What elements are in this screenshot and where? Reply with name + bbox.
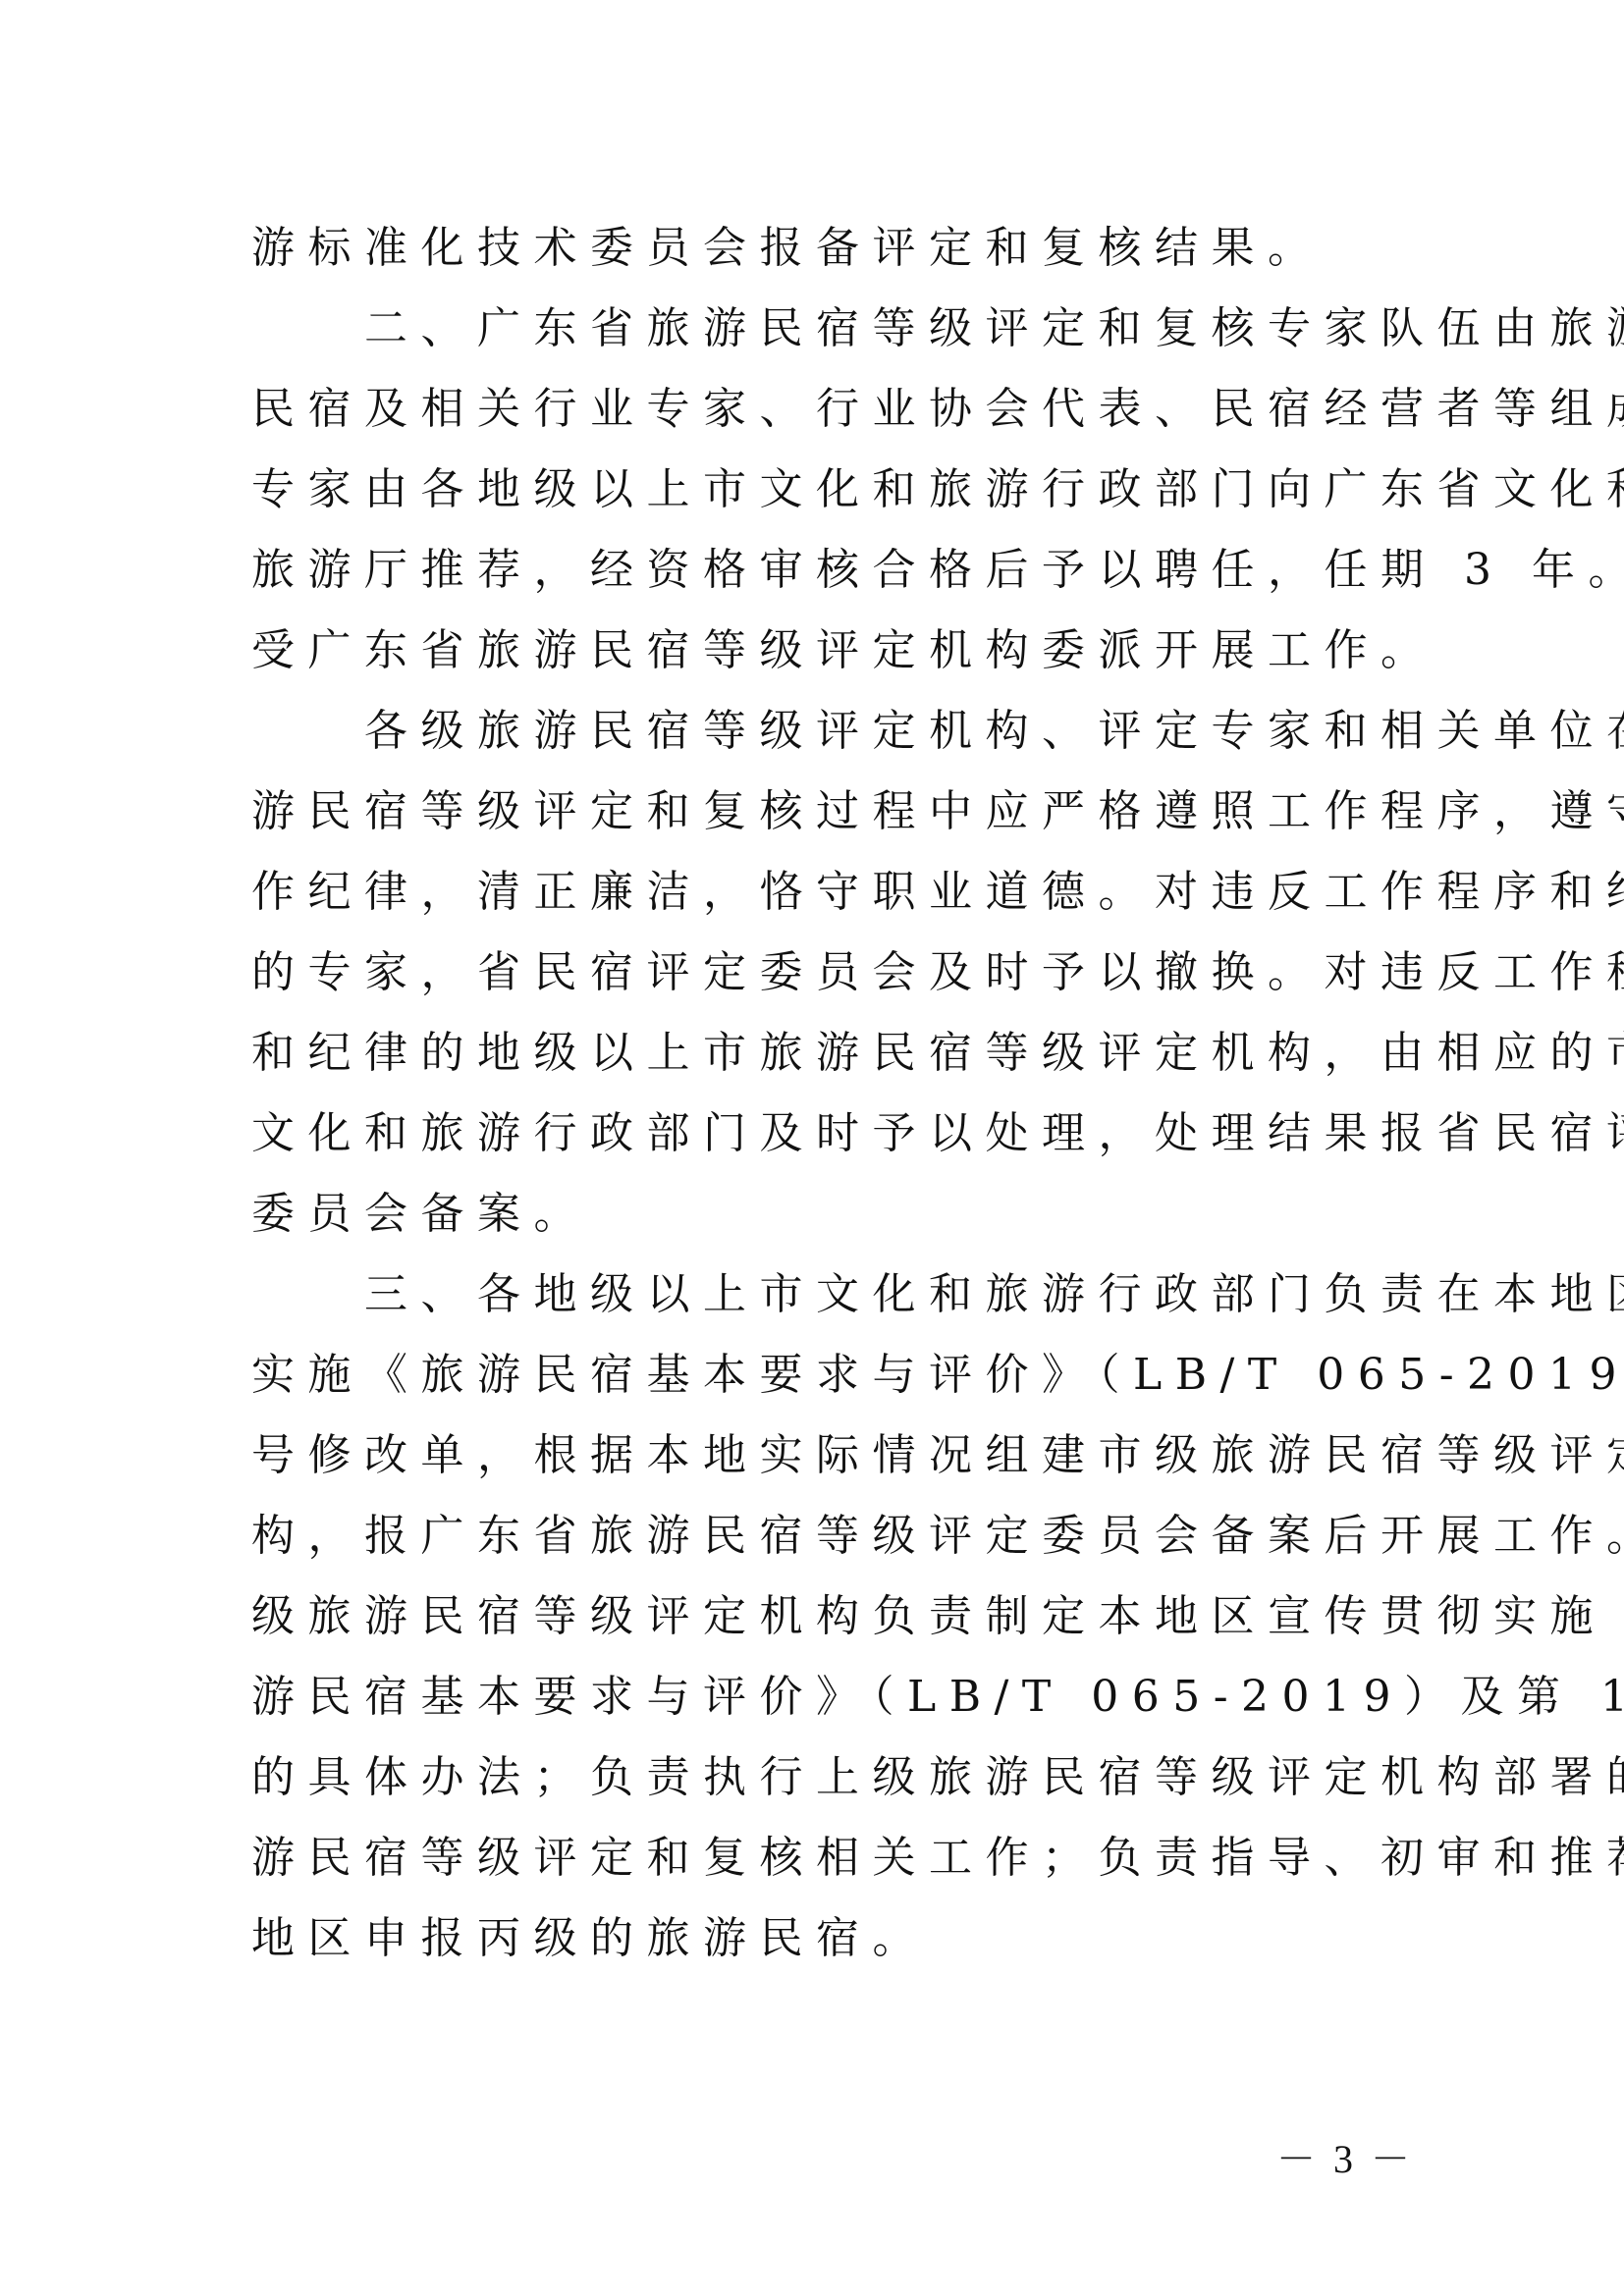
text-line: 二、广东省旅游民宿等级评定和复核专家队伍由旅游 [251, 289, 1390, 369]
page-number: － 3 － [1276, 2130, 1414, 2189]
text-line: 文化和旅游行政部门及时予以处理，处理结果报省民宿评定 [251, 1094, 1390, 1174]
text-line: 的具体办法；负责执行上级旅游民宿等级评定机构部署的旅 [251, 1737, 1390, 1818]
text-line: 作纪律，清正廉洁，恪守职业道德。对违反工作程序和纪律 [251, 852, 1390, 933]
text-line: 号修改单，根据本地实际情况组建市级旅游民宿等级评定机 [251, 1415, 1390, 1496]
text-line: 和纪律的地级以上市旅游民宿等级评定机构，由相应的市级 [251, 1013, 1390, 1094]
paragraph-discipline: 各级旅游民宿等级评定机构、评定专家和相关单位在旅 游民宿等级评定和复核过程中应严… [251, 691, 1390, 1255]
text-line: 游民宿基本要求与评价》（LB/T 065-2019）及第 1 号修改单 [251, 1657, 1390, 1737]
text-line: 游民宿等级评定和复核过程中应严格遵照工作程序，遵守工 [251, 772, 1390, 852]
text-line: 受广东省旅游民宿等级评定机构委派开展工作。 [251, 611, 1390, 691]
paragraph-continuation: 游标准化技术委员会报备评定和复核结果。 [251, 208, 1390, 289]
text-line: 级旅游民宿等级评定机构负责制定本地区宣传贯彻实施《旅 [251, 1576, 1390, 1657]
document-page: 游标准化技术委员会报备评定和复核结果。 二、广东省旅游民宿等级评定和复核专家队伍… [0, 0, 1624, 2296]
document-body: 游标准化技术委员会报备评定和复核结果。 二、广东省旅游民宿等级评定和复核专家队伍… [251, 208, 1390, 1979]
text-line: 民宿及相关行业专家、行业协会代表、民宿经营者等组成。 [251, 369, 1390, 450]
text-line: 委员会备案。 [251, 1174, 1390, 1255]
text-line: 游标准化技术委员会报备评定和复核结果。 [251, 208, 1390, 289]
text-line: 游民宿等级评定和复核相关工作；负责指导、初审和推荐本 [251, 1818, 1390, 1898]
text-line: 构，报广东省旅游民宿等级评定委员会备案后开展工作。市 [251, 1496, 1390, 1576]
text-line: 的专家，省民宿评定委员会及时予以撤换。对违反工作程序 [251, 933, 1390, 1013]
paragraph-section-2: 二、广东省旅游民宿等级评定和复核专家队伍由旅游 民宿及相关行业专家、行业协会代表… [251, 289, 1390, 691]
text-line: 专家由各地级以上市文化和旅游行政部门向广东省文化和 [251, 450, 1390, 530]
text-line: 三、各地级以上市文化和旅游行政部门负责在本地区内 [251, 1255, 1390, 1335]
text-line: 地区申报丙级的旅游民宿。 [251, 1898, 1390, 1979]
paragraph-section-3: 三、各地级以上市文化和旅游行政部门负责在本地区内 实施《旅游民宿基本要求与评价》… [251, 1255, 1390, 1979]
text-line: 实施《旅游民宿基本要求与评价》（LB/T 065-2019）及第 1 [251, 1335, 1390, 1415]
text-line: 旅游厅推荐，经资格审核合格后予以聘任，任期 3 年。专家 [251, 530, 1390, 611]
text-line: 各级旅游民宿等级评定机构、评定专家和相关单位在旅 [251, 691, 1390, 772]
